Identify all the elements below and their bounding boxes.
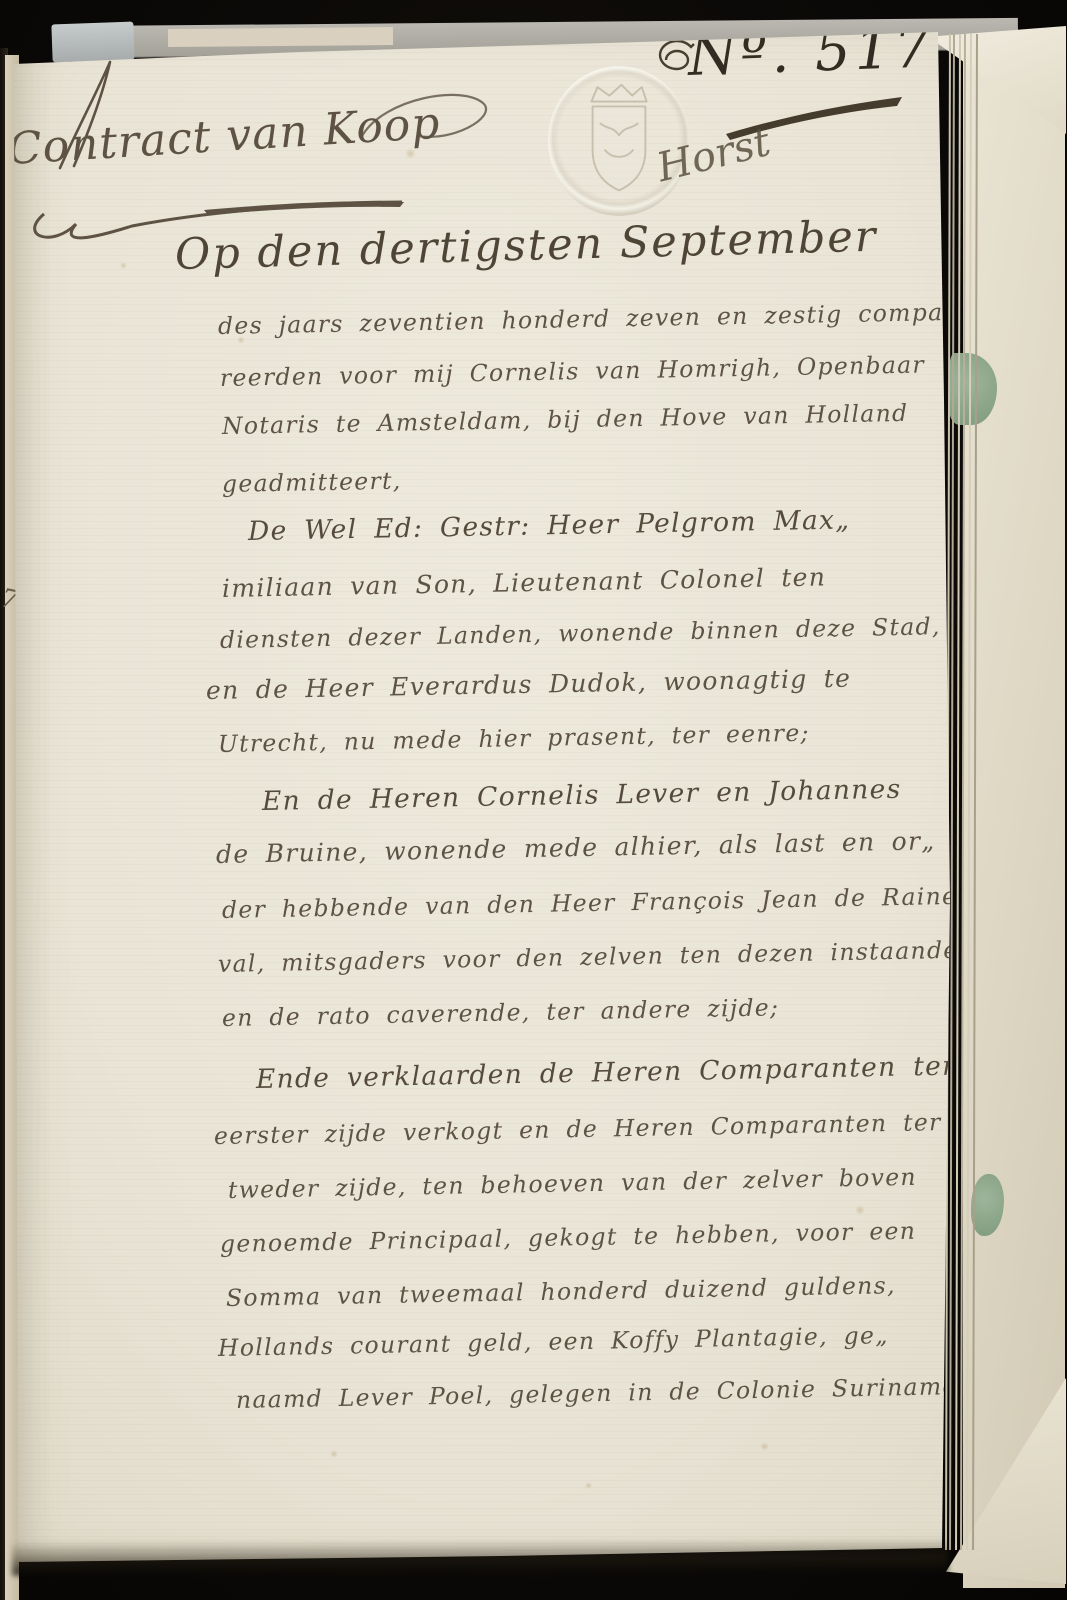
archive-photo: { "archive_photo": { "colors": { "paper"… bbox=[0, 0, 1067, 1600]
grey-paper-tab bbox=[51, 22, 134, 63]
foxing-spot bbox=[237, 336, 245, 344]
manuscript-line: Notaris te Amsteldam, bij den Hove van H… bbox=[222, 399, 909, 440]
manuscript-line: de Bruine, wonende mede alhier, als last… bbox=[216, 826, 936, 869]
manuscript-line: der hebbende van den Heer François Jean … bbox=[222, 882, 971, 924]
foxing-spot bbox=[330, 1450, 338, 1458]
manuscript-line: des jaars zeventien honderd zeven en zes… bbox=[218, 298, 957, 340]
embossed-seal-icon bbox=[548, 66, 690, 216]
manuscript-line: diensten dezer Landen, wonende binnen de… bbox=[220, 612, 941, 654]
page-bottom-shadow bbox=[12, 1538, 948, 1575]
foxing-spot bbox=[760, 1442, 769, 1451]
manuscript-page: Nº. 517. Horst Contract van Koop Op den … bbox=[0, 0, 1067, 1600]
manuscript-line: Utrecht, nu mede hier prasent, ter eenre… bbox=[218, 719, 810, 758]
manuscript-line: eerster zijde verkogt en de Heren Compar… bbox=[214, 1108, 942, 1150]
manuscript-line: De Wel Ed: Gestr: Heer Pelgrom Max„ bbox=[248, 504, 851, 547]
underlying-paper-edge bbox=[168, 27, 393, 47]
manuscript-line: en de rato caverende, ter andere zijde; bbox=[222, 993, 780, 1032]
coat-of-arms-shield-icon bbox=[576, 80, 662, 200]
manuscript-line: En de Heren Cornelis Lever en Johannes bbox=[262, 774, 902, 817]
manuscript-line: Somma van tweemaal honderd duizend gulde… bbox=[226, 1271, 896, 1312]
manuscript-line: reerden voor mij Cornelis van Homrigh, O… bbox=[220, 350, 925, 392]
manuscript-line: val, mitsgaders voor den zelven ten deze… bbox=[218, 936, 959, 978]
manuscript-line: tweder zijde, ten behoeven van der zelve… bbox=[228, 1163, 917, 1204]
foxing-spot bbox=[120, 262, 127, 269]
spiral-flourish-icon bbox=[638, 36, 694, 86]
title-loop-flourish-icon bbox=[356, 82, 496, 152]
manuscript-line: naamd Lever Poel, gelegen in de Colonie … bbox=[236, 1372, 967, 1414]
manuscript-line: Hollands courant geld, een Koffy Plantag… bbox=[218, 1321, 889, 1362]
vellum-wrapper bbox=[963, 38, 1065, 1588]
foxing-spot bbox=[405, 148, 416, 159]
manuscript-line: Ende verklaarden de Heren Comparanten te… bbox=[256, 1051, 957, 1095]
foxing-spot bbox=[855, 1205, 865, 1215]
manuscript-line: imiliaan van Son, Lieutenant Colonel ten bbox=[222, 562, 827, 603]
manuscript-line: en de Heer Everardus Dudok, woonagtig te bbox=[206, 664, 852, 705]
manuscript-line: genoemde Principaal, gekogt te hebben, v… bbox=[220, 1217, 917, 1258]
foxing-spot bbox=[585, 1482, 592, 1489]
manuscript-line: geadmitteert, bbox=[222, 467, 402, 498]
